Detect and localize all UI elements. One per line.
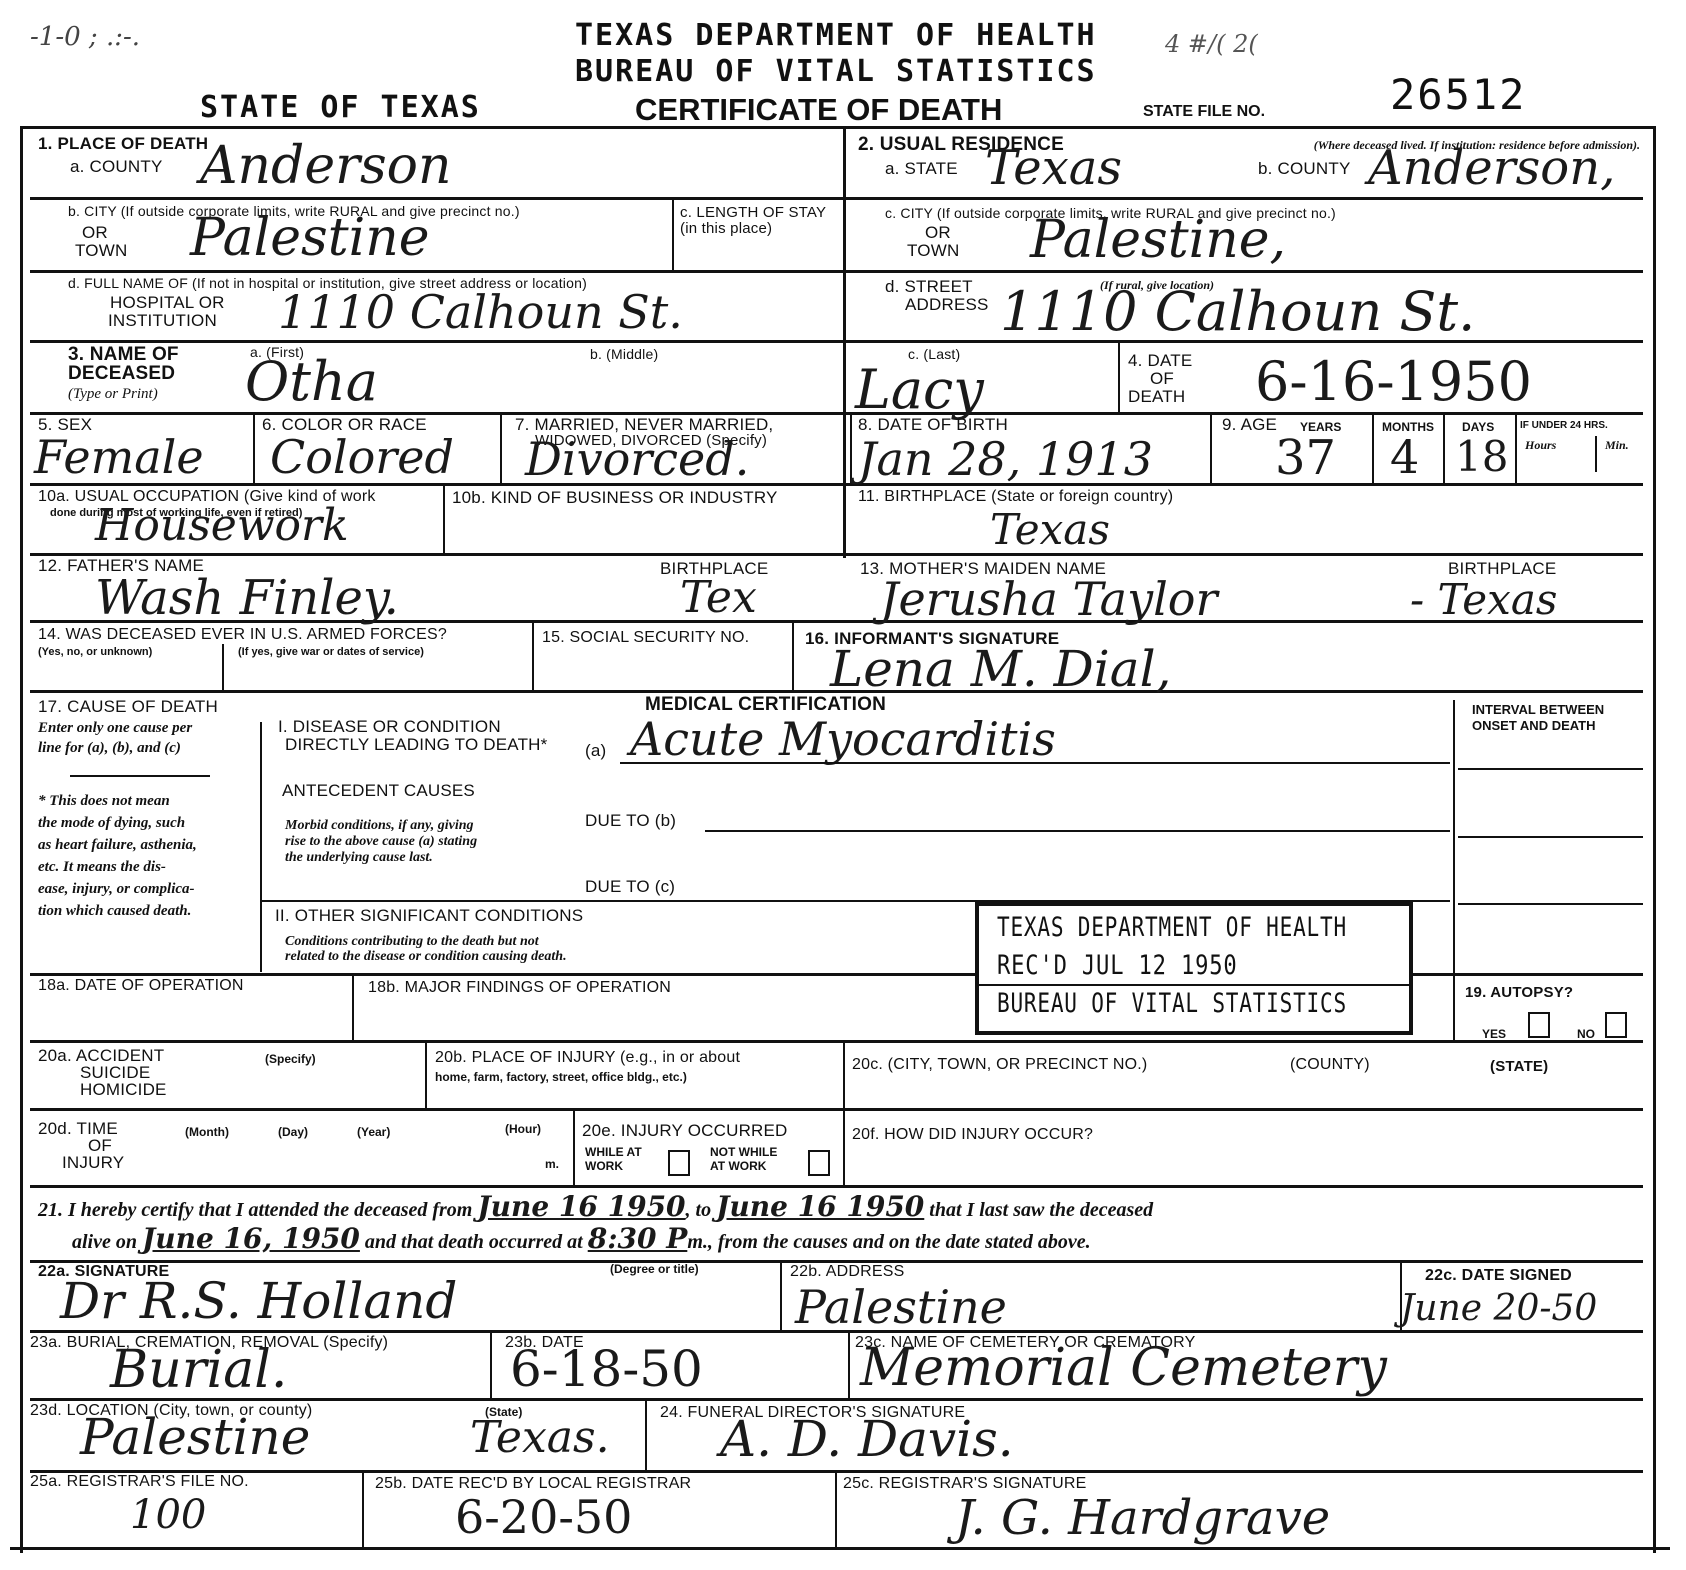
death-county-value: Anderson bbox=[200, 136, 451, 196]
residence-state-label: a. STATE bbox=[885, 160, 958, 178]
injury-place-label: 20b. PLACE OF INJURY (e.g., in or about bbox=[435, 1050, 740, 1067]
name-label: 3. NAME OF bbox=[68, 345, 179, 365]
injury-specify-label: (Specify) bbox=[265, 1052, 316, 1066]
disease-label-2: DIRECTLY LEADING TO DEATH* bbox=[285, 736, 547, 754]
burial-location-value: Palestine bbox=[80, 1408, 310, 1466]
name-label-2: DECEASED bbox=[68, 364, 175, 384]
residence-street-label: d. STREET bbox=[885, 278, 973, 296]
business-label: 10b. KIND OF BUSINESS OR INDUSTRY bbox=[452, 489, 778, 507]
injury-hour-label: (Hour) bbox=[505, 1122, 541, 1136]
disease-label: I. DISEASE OR CONDITION bbox=[278, 718, 501, 736]
operation-date-label: 18a. DATE OF OPERATION bbox=[38, 978, 244, 995]
date-of-death-value: 6-16-1950 bbox=[1255, 350, 1532, 413]
autopsy-label: 19. AUTOPSY? bbox=[1465, 985, 1573, 1001]
age-days-value: 18 bbox=[1455, 432, 1508, 481]
occupation-value: Housework bbox=[95, 500, 349, 551]
father-value: Wash Finley. bbox=[95, 570, 399, 626]
interval-label-2: ONSET AND DEATH bbox=[1472, 718, 1596, 733]
cause-of-death-label: 17. CAUSE OF DEATH bbox=[38, 698, 218, 716]
while-at-work-label: WHILE AT WORK bbox=[585, 1145, 655, 1173]
registrar-date-value: 6-20-50 bbox=[455, 1490, 632, 1544]
injury-day-label: (Day) bbox=[278, 1125, 308, 1139]
pencil-notation-left: -1-0 ; .:-. bbox=[30, 22, 140, 52]
residence-county-label: b. COUNTY bbox=[1258, 160, 1350, 178]
residence-city-town: TOWN bbox=[907, 242, 959, 260]
injury-state-label: (STATE) bbox=[1490, 1059, 1548, 1075]
due-to-c-label: DUE TO (c) bbox=[585, 878, 675, 896]
middle-name-label: b. (Middle) bbox=[590, 347, 658, 362]
residence-state-value: Texas bbox=[985, 140, 1122, 196]
degree-title-label: (Degree or title) bbox=[610, 1262, 699, 1276]
residence-city-value: Palestine, bbox=[1030, 210, 1286, 270]
state-file-number: 26512 bbox=[1390, 70, 1526, 119]
death-city-value: Palestine bbox=[190, 208, 430, 268]
antecedent-note: Morbid conditions, if any, givingrise to… bbox=[285, 818, 477, 866]
under-24-hrs-label: IF UNDER 24 HRS. bbox=[1520, 420, 1608, 431]
injury-month-label: (Month) bbox=[185, 1125, 229, 1139]
burial-state-value: Texas. bbox=[470, 1412, 610, 1463]
other-conditions-note: Conditions contributing to the death but… bbox=[285, 934, 567, 964]
registrar-file-value: 100 bbox=[130, 1492, 206, 1538]
while-at-work-checkbox[interactable] bbox=[668, 1150, 690, 1176]
injury-time-label-3: INJURY bbox=[62, 1154, 124, 1172]
armed-forces-sub2: (If yes, give war or dates of service) bbox=[238, 646, 424, 658]
death-county-label: a. COUNTY bbox=[70, 158, 162, 176]
how-injury-label: 20f. HOW DID INJURY OCCUR? bbox=[852, 1127, 1093, 1144]
pencil-notation-right: 4 #/( 2( bbox=[1165, 30, 1258, 58]
date-signed-value: June 20-50 bbox=[1400, 1288, 1597, 1329]
age-months-value: 4 bbox=[1390, 430, 1419, 484]
name-label-3: (Type or Print) bbox=[68, 386, 158, 403]
operation-findings-label: 18b. MAJOR FINDINGS OF OPERATION bbox=[368, 980, 671, 997]
hospital-value: 1110 Calhoun St. bbox=[278, 285, 683, 339]
stamp-line-2: REC'D JUL 12 1950 bbox=[997, 950, 1238, 981]
mother-birthplace-value: - Texas bbox=[1410, 575, 1557, 624]
received-stamp: TEXAS DEPARTMENT OF HEALTH REC'D JUL 12 … bbox=[975, 902, 1413, 1035]
hospital-label-3: INSTITUTION bbox=[108, 312, 217, 330]
certify-line-1: 21. I hereby certify that I attended the… bbox=[38, 1190, 1153, 1223]
dod-label-3: DEATH bbox=[1128, 388, 1185, 406]
certificate-title: CERTIFICATE OF DEATH bbox=[635, 92, 1002, 128]
attended-to-date: June 16 1950 bbox=[716, 1190, 924, 1223]
cause-note-1: Enter only one cause per bbox=[38, 720, 192, 737]
birthplace-value: Texas bbox=[990, 505, 1110, 554]
not-while-at-work-label: NOT WHILE AT WORK bbox=[710, 1145, 790, 1173]
other-conditions-label: II. OTHER SIGNIFICANT CONDITIONS bbox=[275, 907, 583, 925]
cause-footnote: * This does not meanthe mode of dying, s… bbox=[38, 790, 197, 922]
injury-county-label: (COUNTY) bbox=[1290, 1057, 1370, 1074]
physician-address-label: 22b. ADDRESS bbox=[790, 1264, 904, 1281]
interval-label: INTERVAL BETWEEN bbox=[1472, 702, 1604, 717]
due-to-b-label: DUE TO (b) bbox=[585, 812, 676, 830]
date-signed-label: 22c. DATE SIGNED bbox=[1425, 1268, 1572, 1285]
funeral-director-signature: A. D. Davis. bbox=[720, 1410, 1014, 1468]
cause-a-label: (a) bbox=[585, 742, 606, 760]
injury-occurred-label: 20e. INJURY OCCURRED bbox=[582, 1122, 788, 1140]
cemetery-value: Memorial Cemetery bbox=[860, 1338, 1387, 1398]
last-name-value: Lacy bbox=[855, 358, 984, 421]
place-of-death-heading: 1. PLACE OF DEATH bbox=[38, 135, 208, 153]
autopsy-no-label: NO bbox=[1577, 1027, 1595, 1041]
armed-forces-sub1: (Yes, no, or unknown) bbox=[38, 646, 152, 658]
dod-label: 4. DATE bbox=[1128, 352, 1192, 370]
last-seen-alive-date: June 16, 1950 bbox=[142, 1222, 360, 1255]
injury-m-label: m. bbox=[545, 1157, 559, 1171]
certify-line-2: alive on June 16, 1950 and that death oc… bbox=[72, 1222, 1091, 1255]
time-of-death: 8:30 P bbox=[588, 1222, 688, 1255]
registrar-file-label: 25a. REGISTRAR'S FILE NO. bbox=[30, 1474, 249, 1491]
autopsy-yes-label: YES bbox=[1482, 1027, 1506, 1041]
dod-label-2: OF bbox=[1150, 370, 1174, 388]
injury-type-label-3: HOMICIDE bbox=[80, 1081, 167, 1099]
state-title: STATE OF TEXAS bbox=[200, 90, 481, 125]
sex-value: Female bbox=[34, 430, 204, 484]
ssn-label: 15. SOCIAL SECURITY NO. bbox=[542, 630, 749, 647]
minutes-label: Min. bbox=[1605, 438, 1629, 453]
age-label: 9. AGE bbox=[1222, 416, 1277, 434]
stamp-line-3: BUREAU OF VITAL STATISTICS bbox=[997, 988, 1347, 1019]
state-file-label: STATE FILE NO. bbox=[1143, 103, 1265, 121]
burial-date-value: 6-18-50 bbox=[510, 1340, 703, 1398]
father-birthplace-value: Tex bbox=[680, 572, 757, 623]
length-of-stay-label: c. LENGTH OF STAY (in this place) bbox=[680, 205, 840, 237]
autopsy-yes-checkbox[interactable] bbox=[1528, 1012, 1550, 1038]
marital-value: Divorced. bbox=[525, 432, 749, 486]
armed-forces-label: 14. WAS DECEASED EVER IN U.S. ARMED FORC… bbox=[38, 627, 447, 644]
antecedent-label: ANTECEDENT CAUSES bbox=[282, 782, 475, 800]
injury-place-label-2: home, farm, factory, street, office bldg… bbox=[435, 1070, 687, 1084]
attended-from-date: June 16 1950 bbox=[477, 1190, 685, 1223]
stamp-line-1: TEXAS DEPARTMENT OF HEALTH bbox=[997, 912, 1347, 943]
autopsy-no-checkbox[interactable] bbox=[1605, 1012, 1627, 1038]
bureau-title: BUREAU OF VITAL STATISTICS bbox=[575, 54, 1097, 89]
age-years-value: 37 bbox=[1275, 430, 1336, 486]
hours-label: Hours bbox=[1525, 438, 1556, 453]
injury-year-label: (Year) bbox=[357, 1125, 390, 1139]
informant-value: Lena M. Dial, bbox=[830, 640, 1171, 698]
residence-street-value: 1110 Calhoun St. bbox=[1000, 280, 1475, 343]
residence-city-or: OR bbox=[925, 224, 951, 242]
hospital-label-2: HOSPITAL OR bbox=[110, 294, 225, 312]
residence-county-value: Anderson, bbox=[1368, 140, 1615, 196]
race-value: Colored bbox=[270, 430, 454, 484]
disposition-value: Burial. bbox=[110, 1340, 287, 1400]
dob-value: Jan 28, 1913 bbox=[858, 432, 1153, 486]
physician-address: Palestine bbox=[795, 1280, 1007, 1334]
mother-value: Jerusha Taylor bbox=[880, 572, 1217, 626]
birthplace-label: 11. BIRTHPLACE (State or foreign country… bbox=[858, 489, 1173, 506]
registrar-signature: J. G. Hardgrave bbox=[955, 1490, 1330, 1546]
cause-note-2: line for (a), (b), and (c) bbox=[38, 740, 181, 757]
death-city-or: OR bbox=[82, 224, 108, 242]
not-while-at-work-checkbox[interactable] bbox=[808, 1150, 830, 1176]
residence-street-label-2: ADDRESS bbox=[905, 296, 989, 314]
cause-a-value: Acute Myocarditis bbox=[630, 712, 1056, 766]
injury-city-label: 20c. (CITY, TOWN, OR PRECINCT NO.) bbox=[852, 1057, 1147, 1074]
physician-signature: Dr R.S. Holland bbox=[60, 1272, 457, 1330]
agency-title: TEXAS DEPARTMENT OF HEALTH bbox=[575, 18, 1097, 53]
first-name-value: Otha bbox=[245, 350, 378, 413]
death-city-town: TOWN bbox=[75, 242, 127, 260]
